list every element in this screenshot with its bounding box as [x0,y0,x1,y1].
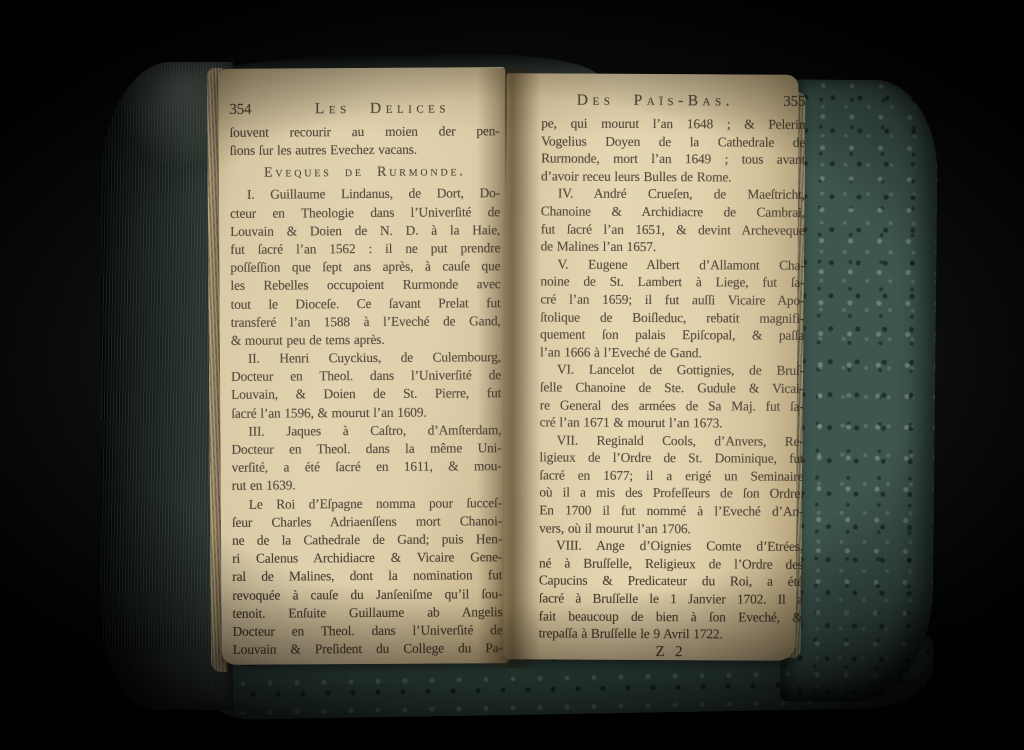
running-title-left: Les Delices [265,99,499,118]
text-line: ſtolique de Boiſleduc, rebatit magnifi- [540,308,804,327]
text-line: ri Calenus Archidiacre & Vicaire Gene- [232,548,502,568]
left-page-text: 354 Les Delices ſouvent recourir au moie… [229,99,502,659]
text-line: d’avoir receu leurs Bulles de Rome. [541,167,805,186]
page-number-left: 354 [229,102,265,119]
text-line: ne de la Cathedrale de Gand; puis Hen- [232,530,502,550]
text-line: Louvain & Preſident du College du Pa- [233,639,503,659]
text-line: Rurmonde, mort l’an 1649 ; tous avant [541,150,805,169]
text-line: IV. André Crueſen, de Maeſtricht, [541,185,805,204]
text-line: ſions ſur les autres Evechez vacans. [230,140,500,160]
text-line: cteur en Theologie dans l’Univerſité de [230,203,500,223]
text-line: noine de St. Lambert à Liege, fut ſa- [540,273,804,292]
text-line: Vogelius Doyen de la Cathedrale de [541,132,805,151]
text-line: Capucins & Predicateur du Roi, a été [539,572,803,591]
text-line: ſacré l’an 1596, & mourut l’an 1609. [231,403,501,423]
text-line: trepaſſa à Bruſſelle le 9 Avril 1722. [539,625,803,644]
text-line: ral de Malines, dont la nomination fut [232,566,502,586]
text-line: tout le Dioceſe. Ce ſavant Prelat fut [231,294,501,314]
book: 354 Les Delices ſouvent recourir au moie… [95,52,940,720]
text-line: poſſeſſion que ſept ans après, à cauſe q… [230,257,500,277]
text-line: de Malines l’an 1657. [541,238,805,257]
text-line: Docteur en Theol. dans l’Univerſité de [231,366,501,386]
text-line: V. Eugene Albert d’Allamont Cha- [540,255,804,274]
text-line: I. Guillaume Lindanus, de Dort, Do- [230,185,500,205]
section-heading: Eveques de Rurmonde. [230,165,500,183]
text-line: revoquée à cauſe du Janſeniſme qu’il ſou… [232,585,502,605]
text-line: transferé l’an 1588 à l’Eveché de Gand, [231,312,501,332]
text-line: tenoit. Enſuite Guillaume ab Angelis [232,603,502,623]
signature-mark: Z 2 [538,642,802,662]
right-page-header: Des Païs-Bas. 355 [541,91,805,113]
paragraph: VI. Lancelot de Gottignies, de Bruſ-ſell… [540,361,804,433]
paragraph: Le Roi d’Eſpagne nomma pour ſucceſ-ſeur … [232,494,503,659]
running-title-right: Des Païs-Bas. [541,91,769,110]
text-line: Louvain & Doien de N. D. à la Haie, [230,221,500,241]
text-line: fait beaucoup de bien à ſon Eveché, & [539,607,803,626]
text-line: quement ſon palais Epiſcopal, & paſſa [540,326,804,345]
paragraph: II. Henri Cuyckius, de Culembourg,Docteu… [231,348,501,422]
text-line: Docteur en Theol. dans l’Univerſité de [233,621,503,641]
text-line: verſité, a été ſacré en 1611, & mou- [232,457,502,477]
text-line: né à Bruſſelle, Religieux de l’Ordre des [539,554,803,573]
left-page-header: 354 Les Delices [229,99,499,122]
paragraph: VIII. Ange d’Oignies Comte d’Etrées,né à… [539,537,804,644]
text-line: fut ſacré l’an 1562 : il ne put prendre [230,239,500,259]
right-page-text: Des Païs-Bas. 355 pe, qui mourut l’an 16… [538,91,805,662]
right-page-body: pe, qui mourut l’an 1648 ; & PelerinVoge… [539,114,806,643]
text-line: VII. Reginald Cools, d’Anvers, Re- [540,431,804,450]
paragraph: III. Jaques à Caſtro, d’Amſterdam,Docteu… [231,421,501,495]
text-line: II. Henri Cuyckius, de Culembourg, [231,348,501,368]
text-line: pe, qui mourut l’an 1648 ; & Pelerin [541,114,805,133]
text-line: Le Roi d’Eſpagne nomma pour ſucceſ- [232,494,502,514]
text-line: VI. Lancelot de Gottignies, de Bruſ- [540,361,804,380]
text-line: ſacré à Bruſſelle le 1 Janvier 1702. Il … [539,589,803,608]
text-line: En 1700 il fut nommé à l’Eveché d’An- [539,501,803,520]
text-line: rut en 1639. [232,476,502,496]
text-line: Louvain, & Doien de St. Pierre, fut [231,385,501,405]
text-line: fut ſacré l’an 1651, & devint Archeveque [541,220,805,239]
text-line: Docteur en Theol. dans la même Uni- [231,439,501,459]
left-page-body: I. Guillaume Lindanus, de Dort, Do-cteur… [230,185,503,660]
paragraph: IV. André Crueſen, de Maeſtricht,Chanoin… [541,185,805,257]
text-line: ſelle Chanoine de Ste. Gudule & Vicai- [540,378,804,397]
left-page: 354 Les Delices ſouvent recourir au moie… [218,67,509,665]
text-line: III. Jaques à Caſtro, d’Amſterdam, [231,421,501,441]
text-line: les Rebelles occupoient Rurmonde avec [230,275,500,295]
text-line: ſouvent recourir au moien der pen- [230,122,500,142]
text-line: cré l’an 1659; il fut auſſi Vicaire Apo- [540,290,804,309]
text-line: re General des armées de Sa Maj. fut ſa- [540,396,804,415]
paragraph: I. Guillaume Lindanus, de Dort, Do-cteur… [230,185,501,350]
text-line: VIII. Ange d’Oignies Comte d’Etrées, [539,537,803,556]
paragraph: VII. Reginald Cools, d’Anvers, Re-ligieu… [539,431,804,538]
photo-background: 354 Les Delices ſouvent recourir au moie… [0,0,1024,750]
text-line: ligieux de l’Ordre de St. Dominique, fut [539,449,803,468]
intro-lines: ſouvent recourir au moien der pen-ſions … [230,122,500,160]
text-line: & mourut peu de tems après. [231,330,501,350]
paragraph: pe, qui mourut l’an 1648 ; & PelerinVoge… [541,114,805,186]
paragraph: V. Eugene Albert d’Allamont Cha-noine de… [540,255,805,362]
text-line: cré l’an 1671 & mourut l’an 1673. [540,414,804,433]
text-line: où il a mis des Profeſſeurs de ſon Ordre… [539,484,803,503]
text-line: ſacré en 1677; il a erigé un Seminaire [539,466,803,485]
page-number-right: 355 [769,94,805,111]
text-line: Chanoine & Archidiacre de Cambrai, [541,202,805,221]
text-line: l’an 1666 à l’Eveché de Gand. [540,343,804,362]
text-line: ſeur Charles Adriaenſſens mort Chanoi- [232,512,502,532]
text-line: vers, où il mourut l’an 1706. [539,519,803,538]
right-page: Des Païs-Bas. 355 pe, qui mourut l’an 16… [503,73,798,661]
